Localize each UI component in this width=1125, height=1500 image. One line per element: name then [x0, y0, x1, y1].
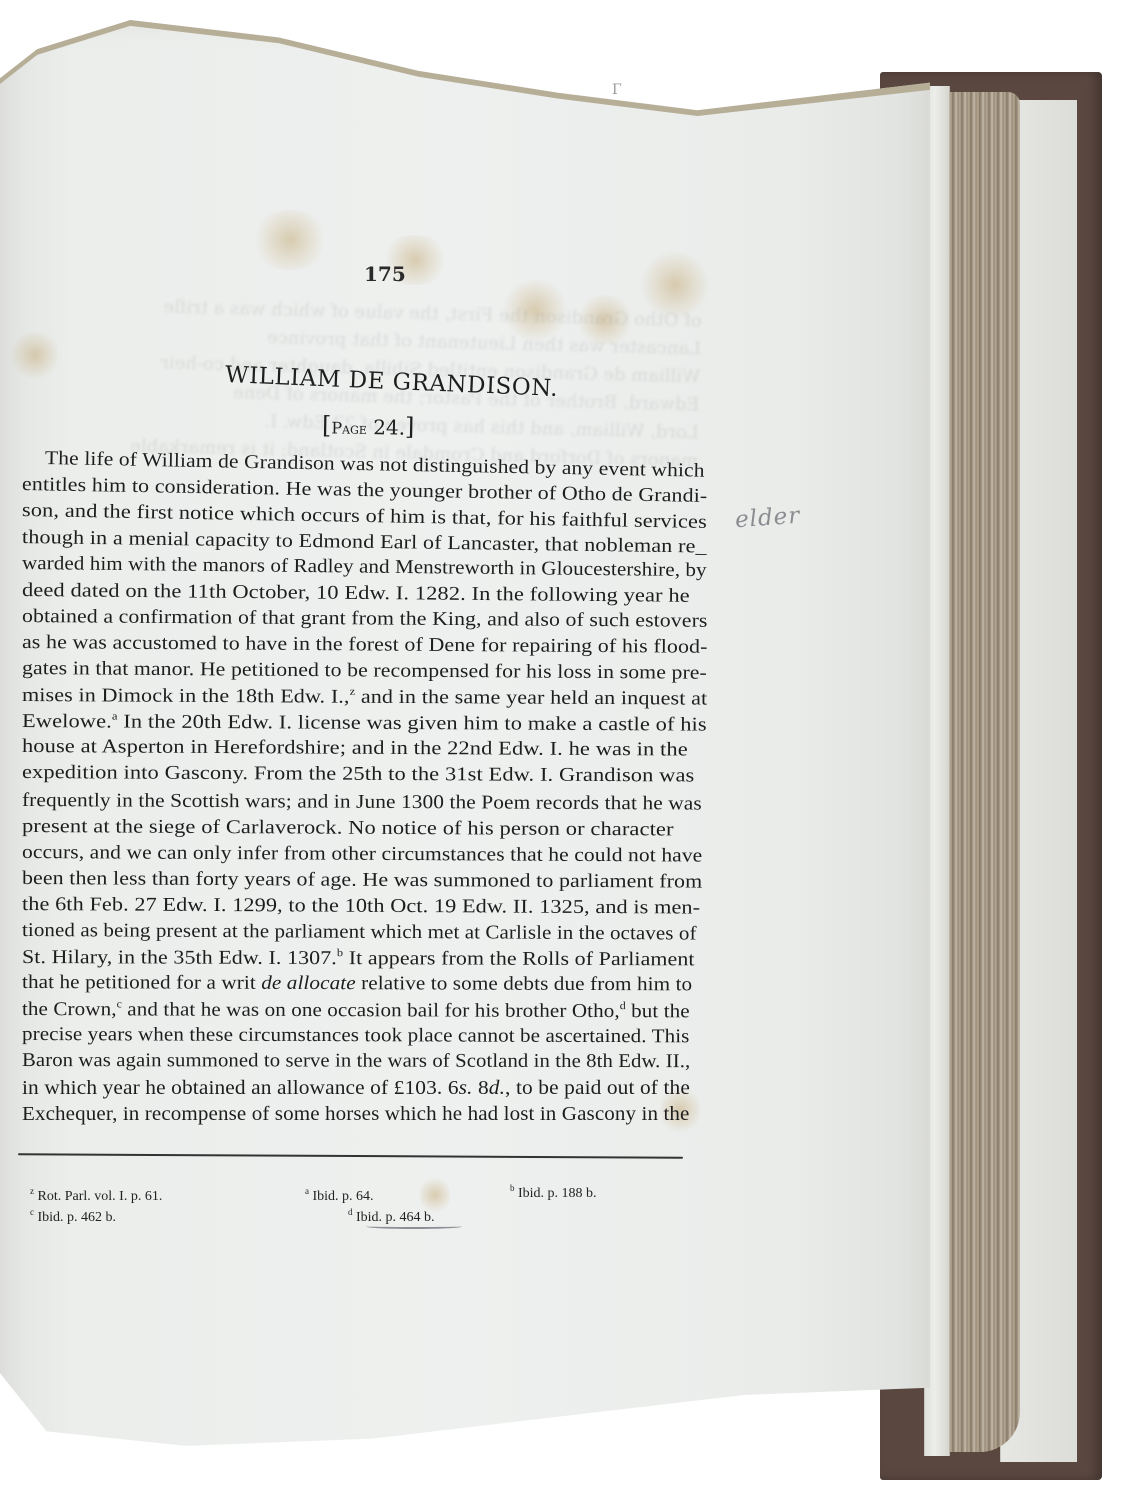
- page-reference: [Page 24.]: [322, 411, 415, 441]
- body-line: precise years when these circumstances t…: [22, 1024, 690, 1048]
- body-line: Baron was again summoned to serve in the…: [22, 1050, 690, 1073]
- page-number: 175: [364, 262, 406, 286]
- page-block-edge: [944, 92, 1020, 1452]
- body-line: expedition into Gascony. From the 25th t…: [22, 762, 695, 788]
- foxing-spot: [10, 330, 60, 380]
- pencil-mark: Γ: [612, 82, 622, 98]
- body-line: that he petitioned for a writ de allocat…: [22, 972, 692, 996]
- body-line: mises in Dimock in the 18th Edw. I.,z an…: [22, 684, 707, 711]
- body-line: house at Asperton in Herefordshire; and …: [22, 736, 688, 761]
- margin-annotation: elder: [734, 503, 801, 533]
- book-photo: of Otho Grandison the First, the value o…: [0, 0, 1125, 1500]
- body-line: the 6th Feb. 27 Edw. I. 1299, to the 10t…: [22, 894, 700, 920]
- footnote-b: b Ibid. p. 188 b.: [510, 1183, 597, 1202]
- pencil-underline: [366, 1224, 462, 1229]
- body-line: the Crown,c and that he was on one occas…: [22, 998, 690, 1023]
- body-line: in which year he obtained an allowance o…: [22, 1078, 690, 1100]
- body-line: occurs, and we can only infer from other…: [22, 842, 702, 868]
- body-line: St. Hilary, in the 35th Edw. I. 1307.b I…: [22, 946, 695, 971]
- foxing-spot: [250, 210, 330, 270]
- body-line: Ewelowe.a In the 20th Edw. I. license wa…: [22, 710, 707, 737]
- body-line: present at the siege of Carlaverock. No …: [22, 816, 674, 841]
- page-reference-label: Page: [331, 418, 367, 438]
- footnote-c: c Ibid. p. 462 b.: [30, 1207, 116, 1226]
- body-line: tioned as being present at the parliamen…: [22, 920, 697, 946]
- body-line: frequently in the Scottish wars; and in …: [22, 790, 702, 816]
- body-line: been then less than forty years of age. …: [22, 868, 702, 894]
- page-reference-number: 24.: [367, 415, 406, 440]
- body-line: Exchequer, in recompense of some horses …: [22, 1104, 690, 1126]
- footnote-a: a Ibid. p. 64.: [305, 1186, 374, 1205]
- footnote-z: z Rot. Parl. vol. I. p. 61.: [30, 1186, 162, 1205]
